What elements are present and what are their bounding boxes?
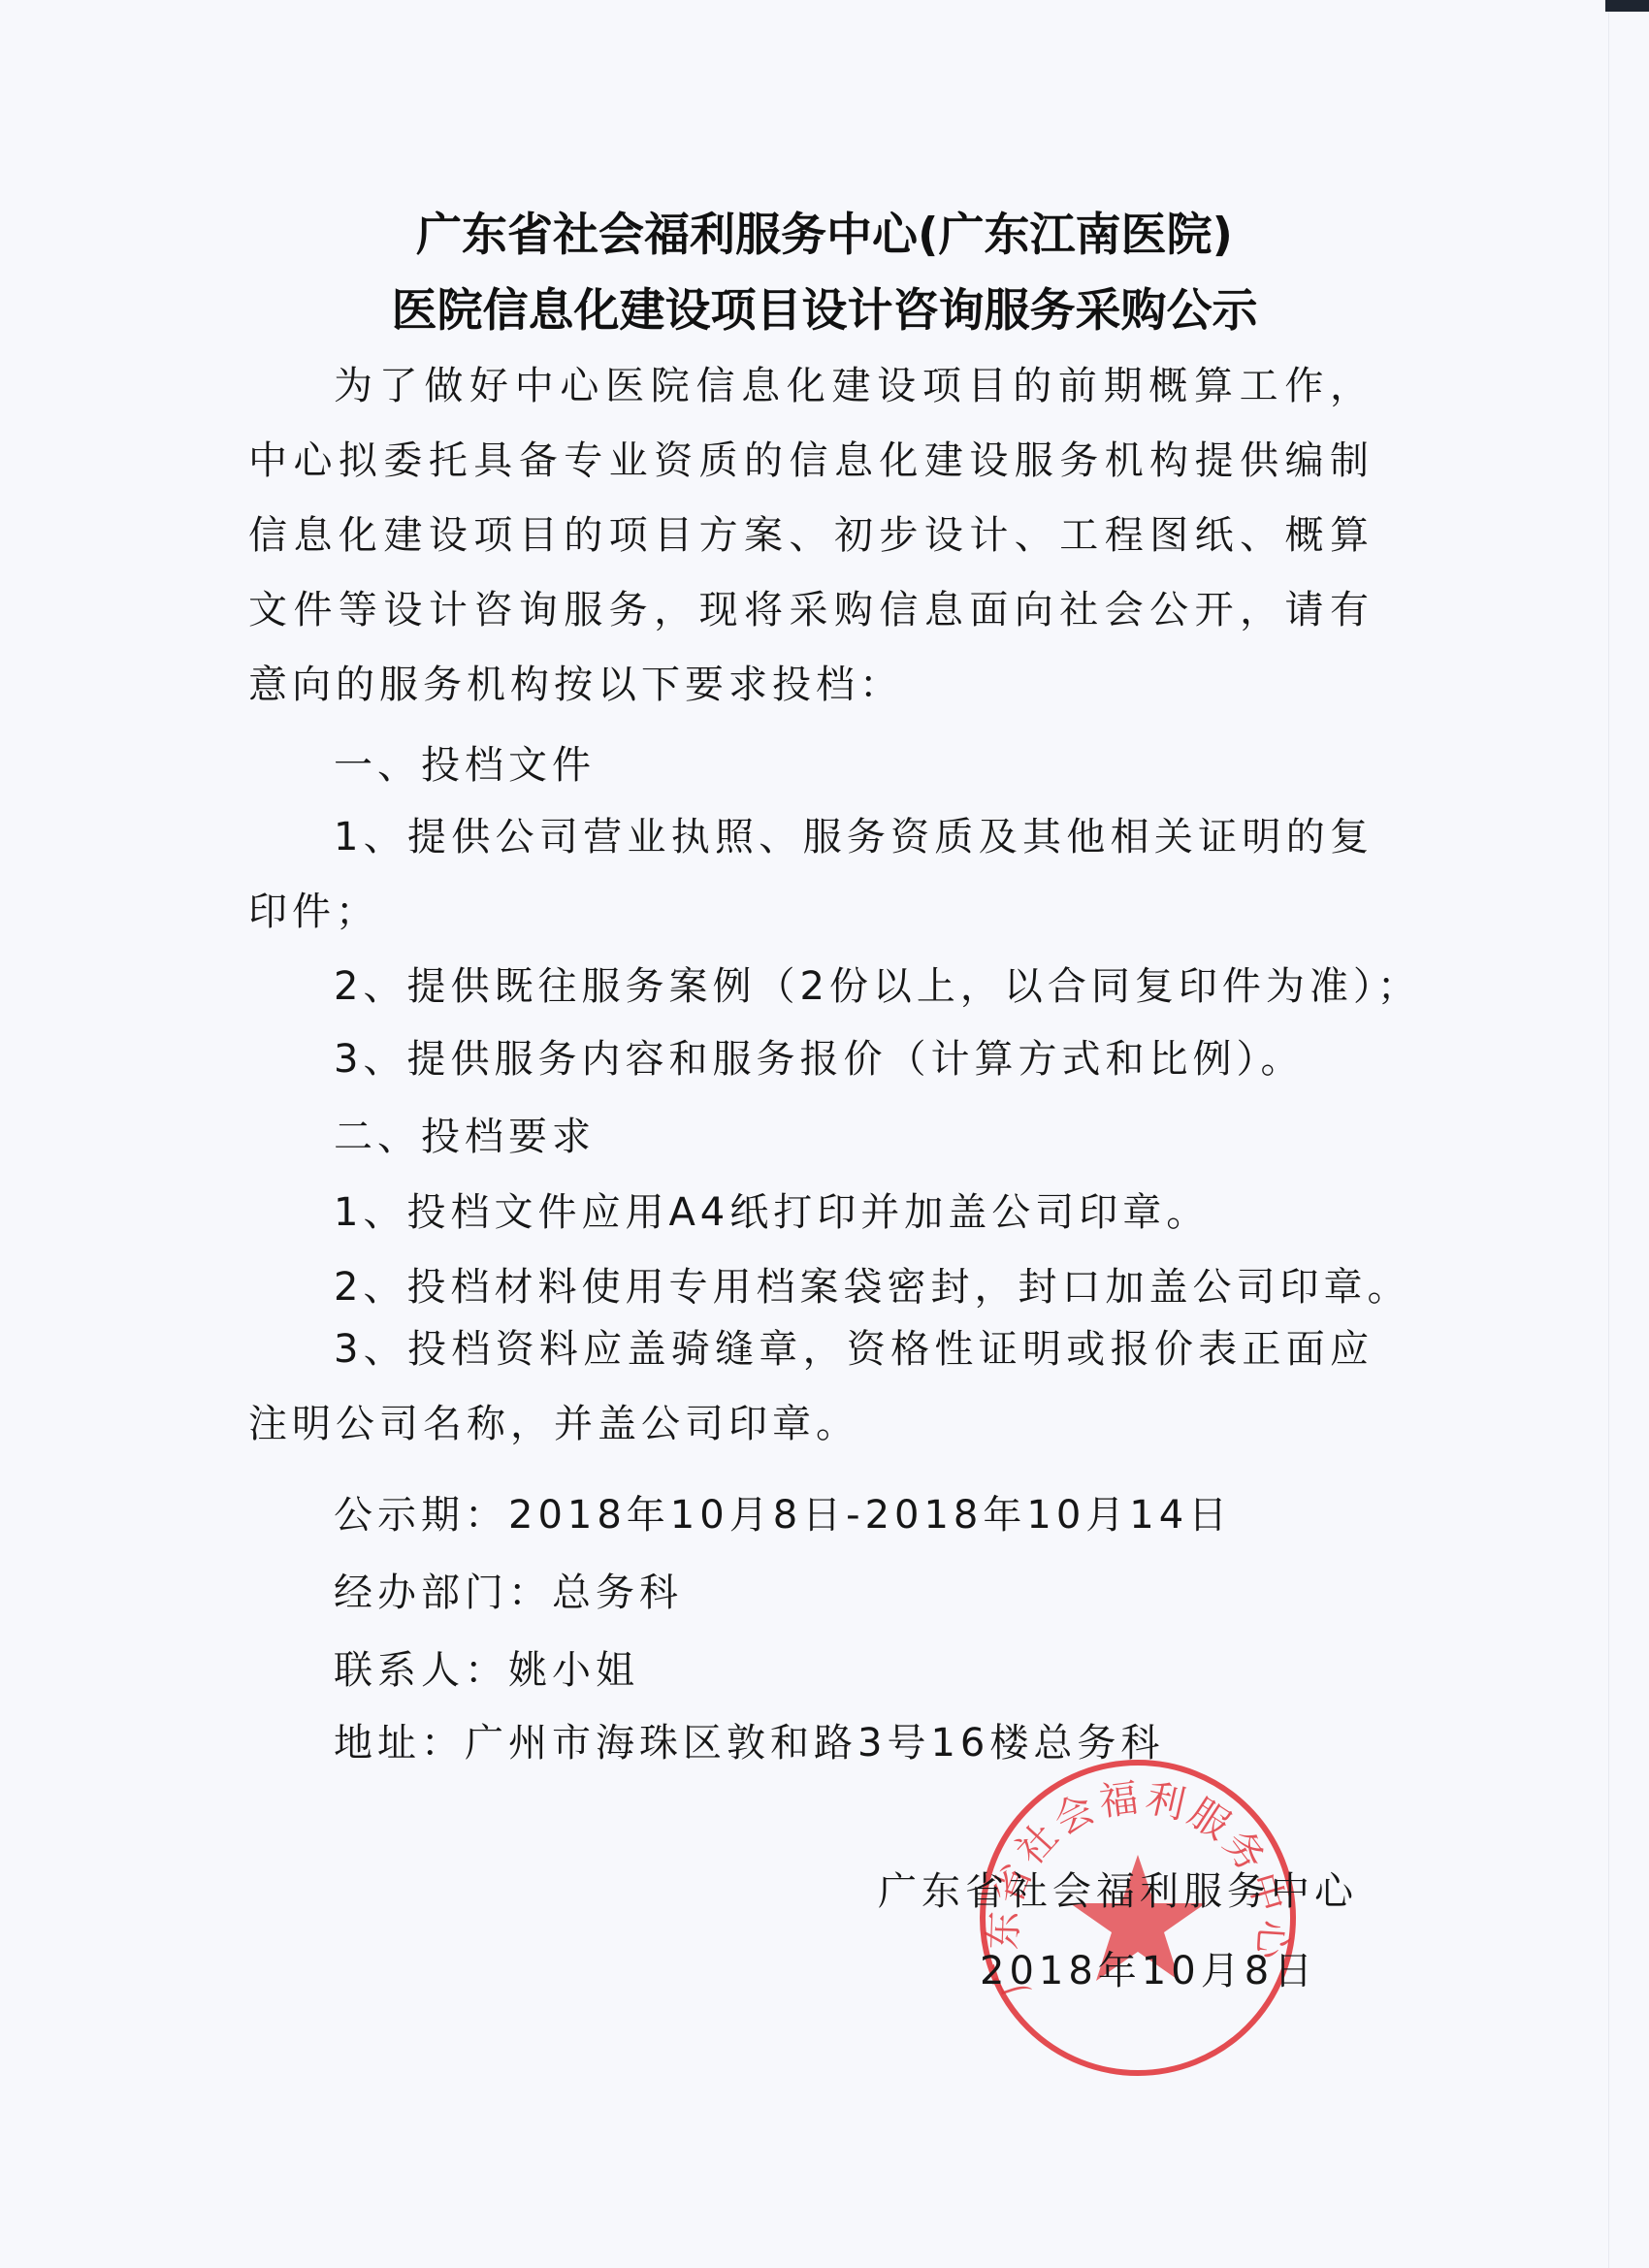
- section2-heading: 二、投档要求: [334, 1106, 596, 1161]
- section1-item-1: 1、提供公司营业执照、服务资质及其他相关证明的复印件；: [248, 800, 1374, 950]
- info-department: 经办部门：总务科: [334, 1562, 683, 1617]
- section1-item-2: 2、提供既往服务案例（2份以上，以合同复印件为准）；: [334, 956, 1421, 1011]
- intro-paragraph: 为了做好中心医院信息化建设项目的前期概算工作，中心拟委托具备专业资质的信息化建设…: [248, 349, 1374, 723]
- signature-date: 2018年10月8日: [980, 1940, 1317, 1995]
- section2-item-1: 1、投档文件应用A4纸打印并加盖公司印章。: [334, 1182, 1210, 1237]
- scan-edge-bar: [1605, 0, 1649, 12]
- signature-org: 广东省社会福利服务中心: [878, 1861, 1358, 1916]
- official-seal-icon: 广东省社会福利服务中心: [978, 1758, 1298, 2078]
- section1-item-3: 3、提供服务内容和服务报价（计算方式和比例）。: [334, 1028, 1304, 1084]
- scan-edge-line: [1608, 12, 1609, 2268]
- section2-item-3: 3、投档资料应盖骑缝章，资格性证明或报价表正面应注明公司名称，并盖公司印章。: [248, 1312, 1374, 1462]
- document-title-line2: 医院信息化建设项目设计咨询服务采购公示: [0, 275, 1649, 340]
- document-title-line1: 广东省社会福利服务中心(广东江南医院): [0, 199, 1649, 264]
- info-contact: 联系人：姚小姐: [334, 1639, 639, 1695]
- info-period: 公示期：2018年10月8日-2018年10月14日: [334, 1484, 1232, 1539]
- section2-item-2: 2、投档材料使用专用档案袋密封，封口加盖公司印章。: [334, 1256, 1410, 1312]
- section1-heading: 一、投档文件: [334, 734, 596, 790]
